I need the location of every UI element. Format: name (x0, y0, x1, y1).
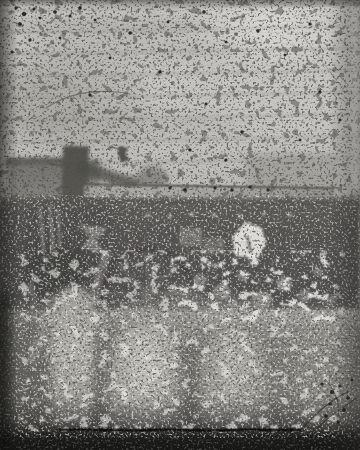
damage-texture-graphics (0, 0, 360, 450)
film-grain (0, 0, 360, 450)
degraded-photograph (0, 0, 360, 450)
bottom-dark-squiggle (58, 429, 300, 431)
